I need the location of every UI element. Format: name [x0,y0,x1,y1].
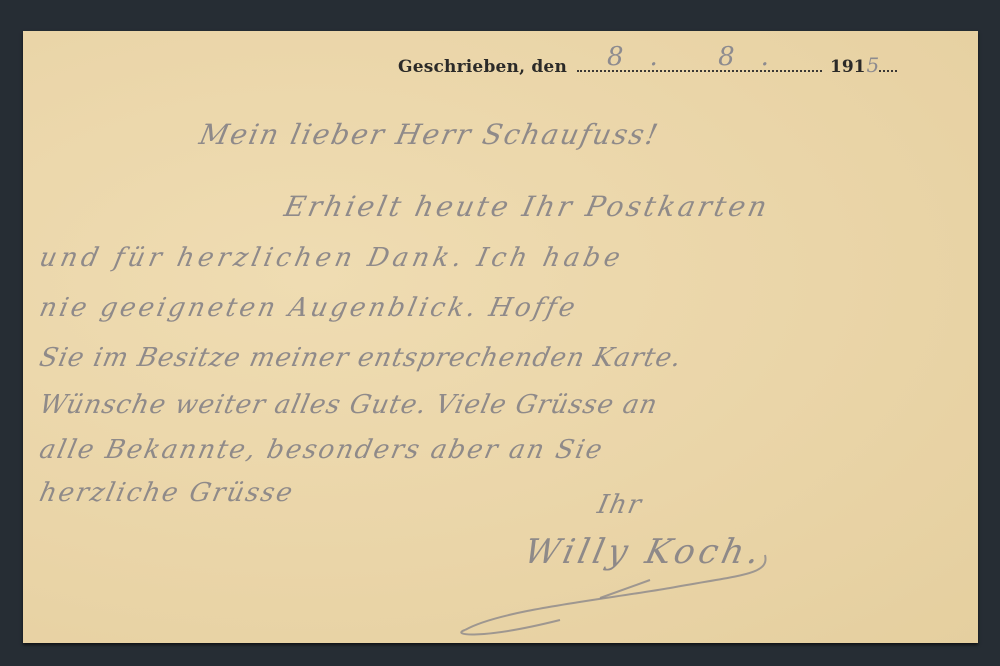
year-dotted-line [879,70,897,72]
year-prefix: 191 [830,57,866,77]
letter-line-5: Wünsche weiter alles Gute. Viele Grüsse … [37,390,661,420]
handwritten-year-digit: 5 [867,53,880,77]
salutation: Mein lieber Herr Schaufuss! [196,118,662,151]
letter-line-4: Sie im Besitze meiner entsprechenden Kar… [37,343,685,373]
letter-line-3: nie geeigneten Augenblick. Hoffe [37,293,581,323]
letter-line-6: alle Bekannte, besonders aber an Sie [37,435,607,465]
printed-date-header: Geschrieben, den 8. 8. 191 5 [398,55,938,77]
letter-line-1: Erhielt heute Ihr Postkarten [281,190,772,223]
handwritten-date: 8. 8. [607,42,795,72]
header-label: Geschrieben, den [398,57,567,77]
letter-line-2: und für herzlichen Dank. Ich habe [37,243,627,273]
signature-flourish [440,480,820,640]
letter-line-7: herzliche Grüsse [37,478,297,508]
date-dotted-line: 8. 8. [577,69,822,72]
